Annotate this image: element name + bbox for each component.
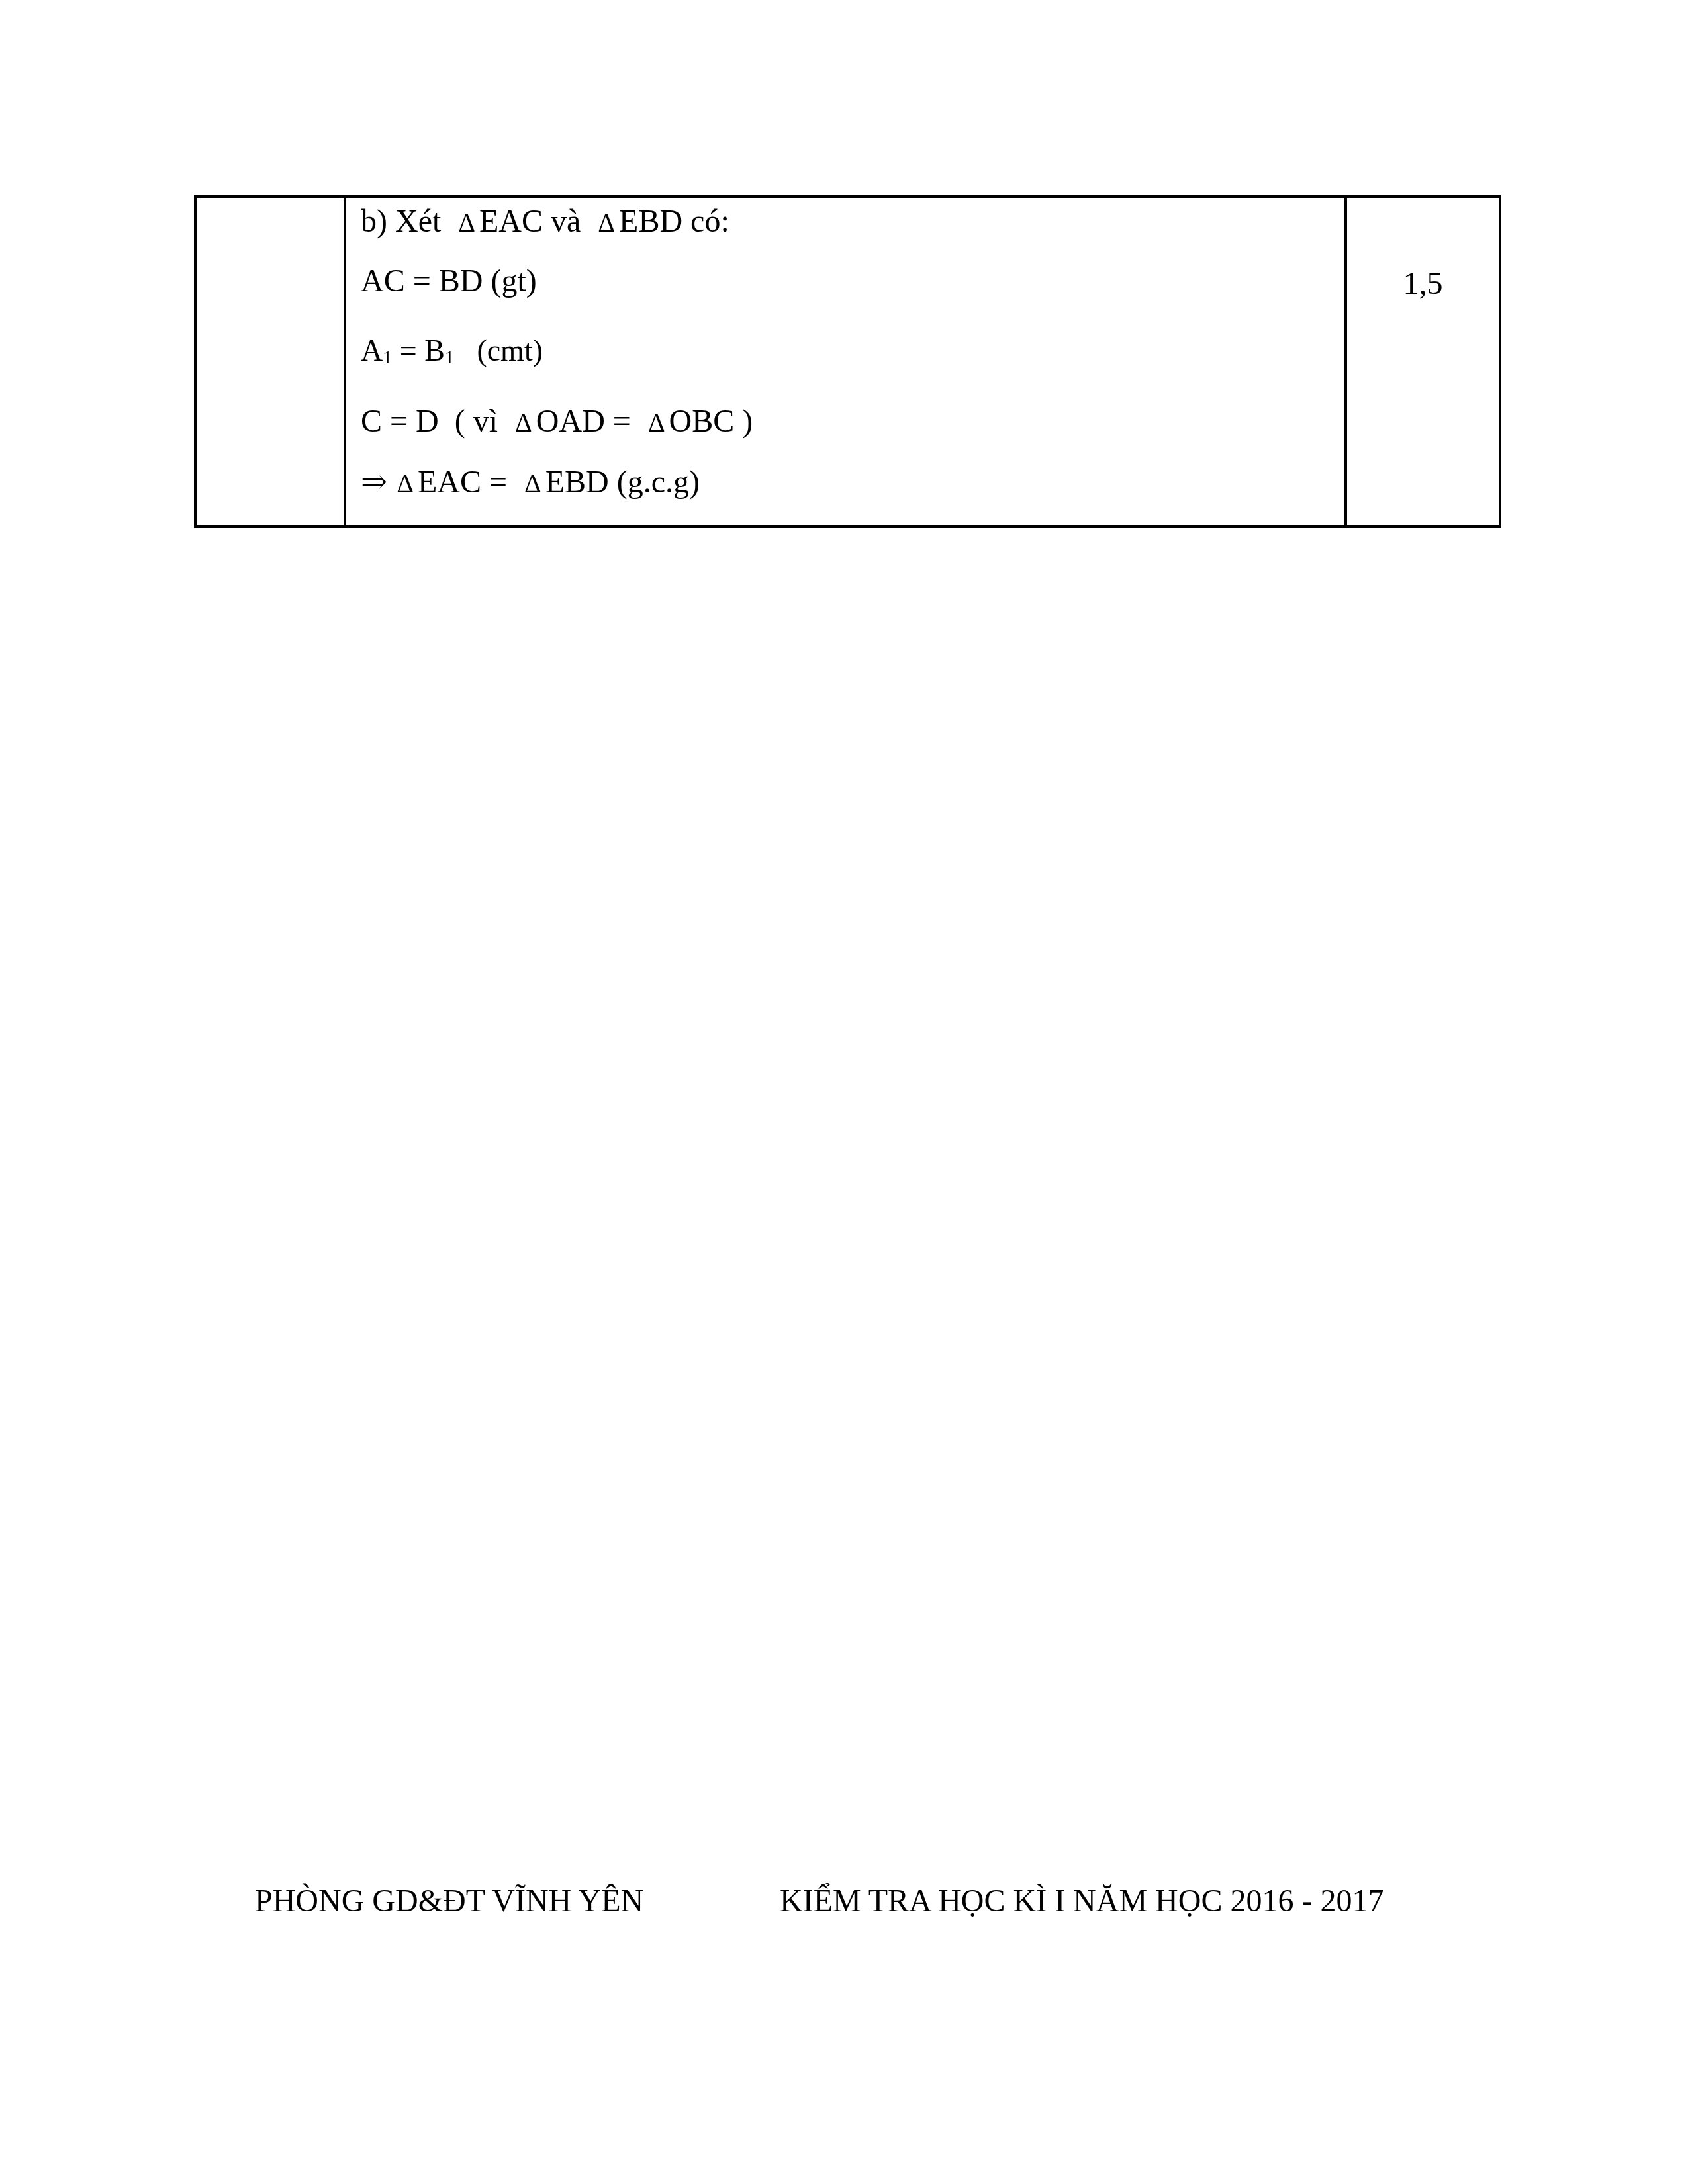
question-cell bbox=[195, 197, 345, 527]
triangle-icon: Δ bbox=[458, 208, 475, 238]
text: OBC bbox=[669, 404, 735, 439]
score-cell: 1,5 bbox=[1346, 197, 1500, 527]
text: EBD bbox=[619, 204, 682, 239]
triangle-icon: Δ bbox=[524, 469, 541, 498]
triangle-icon: Δ bbox=[515, 408, 532, 437]
text: và bbox=[551, 204, 581, 239]
text: ( vì bbox=[455, 404, 498, 439]
solution-line-angles-c-d: C = D ( vì ΔOAD = ΔOBC ) bbox=[361, 406, 753, 437]
text: B bbox=[424, 334, 445, 367]
text: C = D bbox=[361, 404, 439, 439]
footer-exam-title: KIỂM TRA HỌC KÌ I NĂM HỌC 2016 - 2017 bbox=[780, 1883, 1383, 1919]
text: b) Xét bbox=[361, 204, 441, 239]
solution-line-ac-bd: AC = BD (gt) bbox=[361, 265, 537, 297]
text: = bbox=[400, 334, 417, 367]
table-row: b) Xét ΔEAC và ΔEBD có: AC = BD (gt) A1 … bbox=[195, 197, 1500, 527]
text: EAC = bbox=[418, 465, 507, 500]
triangle-icon: Δ bbox=[598, 208, 615, 238]
text: EBD bbox=[545, 465, 609, 500]
subscript: 1 bbox=[383, 347, 392, 368]
text: OAD = bbox=[536, 404, 631, 439]
solution-cell: b) Xét ΔEAC và ΔEBD có: AC = BD (gt) A1 … bbox=[345, 197, 1346, 527]
triangle-icon: Δ bbox=[397, 469, 414, 498]
answer-table: b) Xét ΔEAC và ΔEBD có: AC = BD (gt) A1 … bbox=[194, 195, 1501, 528]
footer-department: PHÒNG GD&ĐT VĨNH YÊN bbox=[255, 1883, 643, 1919]
text: ) bbox=[742, 404, 753, 439]
triangle-icon: Δ bbox=[648, 408, 665, 437]
text: EAC bbox=[479, 204, 543, 239]
solution-line-angles-a-b: A1 = B1 (cmt) bbox=[361, 336, 543, 367]
text: (cmt) bbox=[477, 334, 543, 367]
text: (g.c.g) bbox=[617, 465, 700, 500]
subscript: 1 bbox=[445, 347, 454, 368]
text: A bbox=[361, 334, 383, 367]
solution-line-conclusion: ⇒ΔEAC = ΔEBD (g.c.g) bbox=[361, 467, 700, 498]
text: có: bbox=[690, 204, 729, 239]
implies-icon: ⇒ bbox=[361, 465, 387, 500]
solution-line-consider: b) Xét ΔEAC và ΔEBD có: bbox=[361, 206, 729, 238]
